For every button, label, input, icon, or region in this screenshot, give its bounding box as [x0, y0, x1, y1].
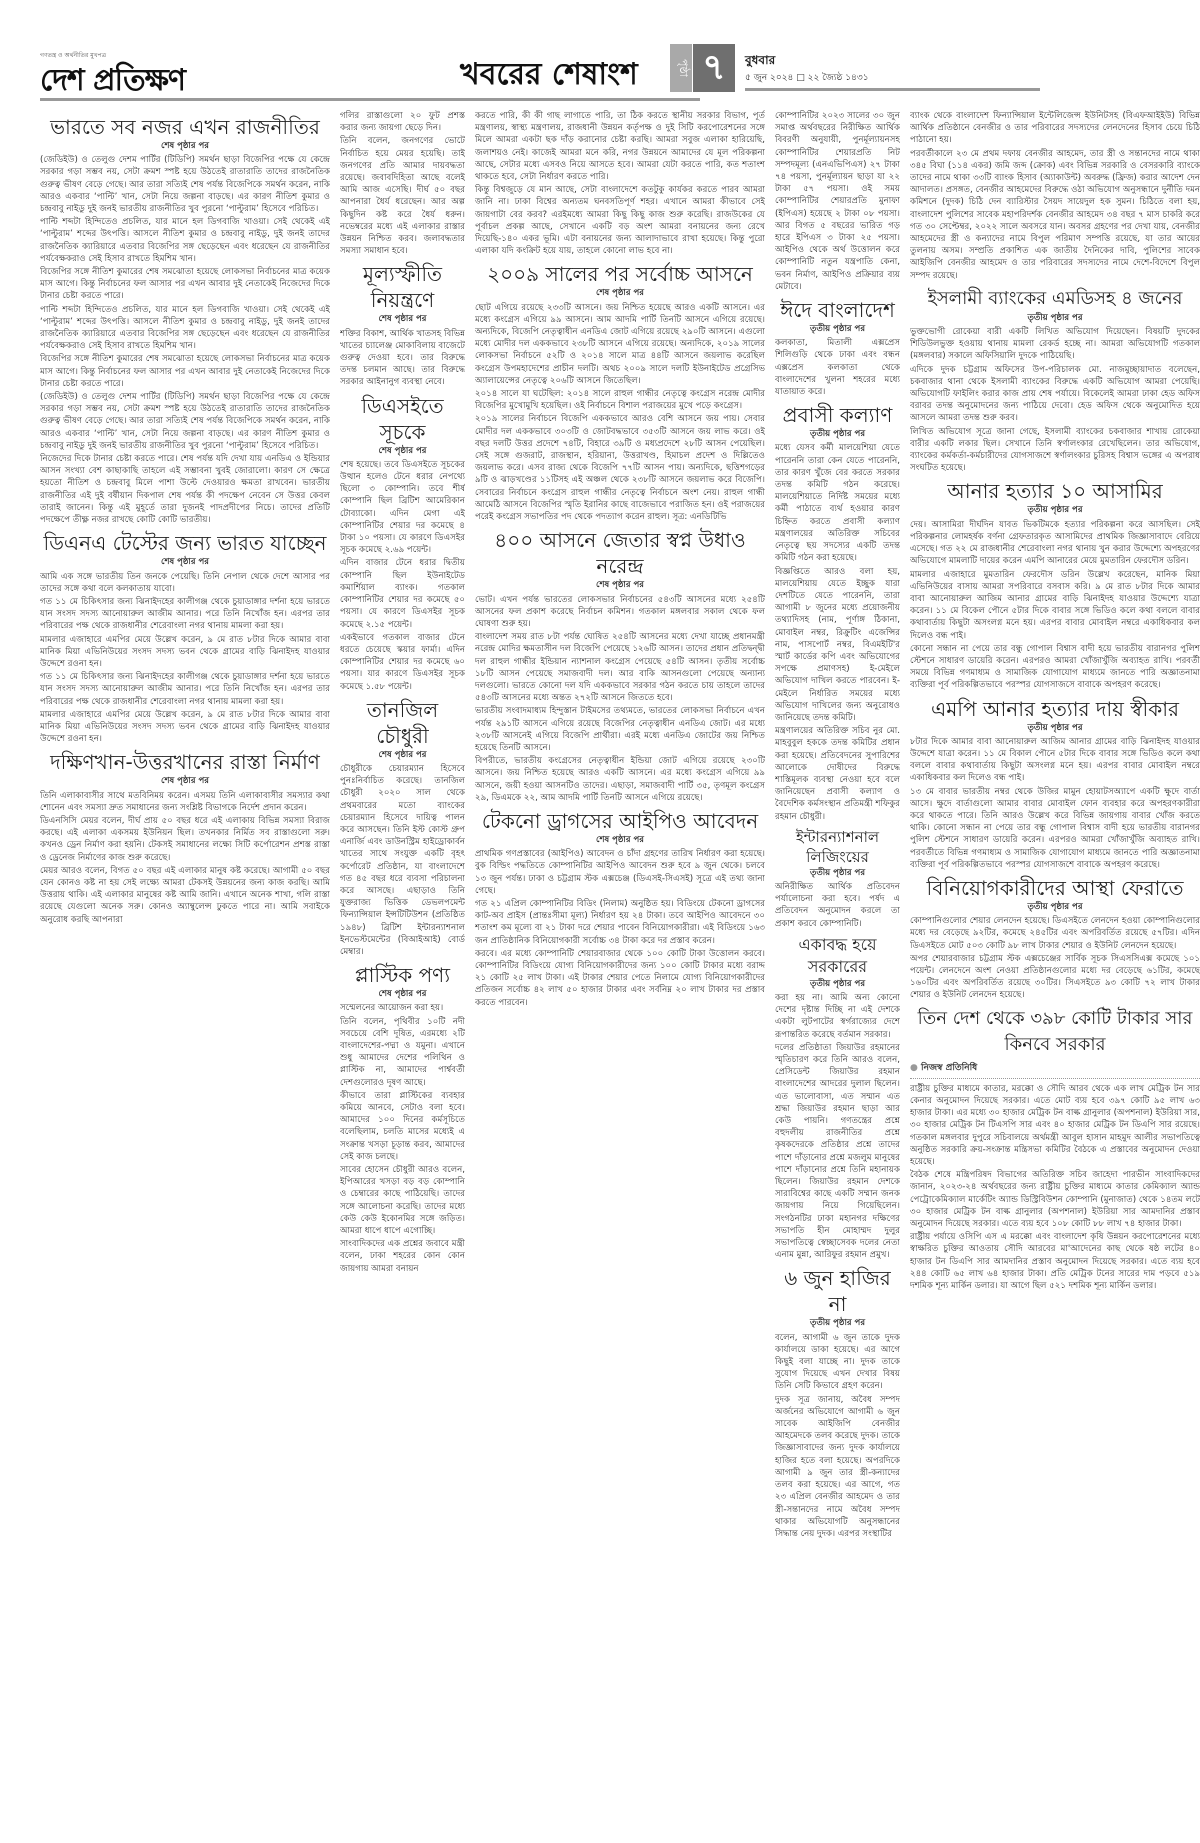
jump-label: শেষ পৃষ্ঠার পর: [475, 287, 765, 299]
jump-label: শেষ পৃষ্ঠার পর: [340, 749, 465, 761]
column-2: গলির রাস্তাগুলো ২০ ফুট প্রশস্ত করার জন্য…: [340, 110, 465, 1796]
paragraph: বাংলাদেশ সময় রাত ৮টা পর্যন্ত ঘোষিত ২৫৪ট…: [475, 631, 765, 704]
column-4: কোম্পানিটির ২০২৩ সালের ৩০ জুন সমাপ্ত অর্…: [775, 110, 900, 1796]
jump-label: শেষ পৃষ্ঠার পর: [475, 579, 765, 591]
paragraph: সাংবাদিকদের এক প্রশ্নের জবাবে মন্ত্রী বল…: [340, 1238, 465, 1275]
headline: একাবদ্ধ হয়ে সরকারের: [775, 934, 900, 978]
article-india-politics: ভারতে সব নজর এখন রাজনীতির শেষ পৃষ্ঠার পর…: [40, 114, 330, 526]
headline: ৬ জুন হাজির না: [775, 1265, 900, 1317]
paragraph: অনিরীক্ষিত আর্থিক প্রতিবেদন পর্যালোচনা ক…: [775, 881, 900, 930]
article-international-leasing: ইন্টারন্যাশনাল লিজিংয়ের তৃতীয় পৃষ্ঠার …: [775, 827, 900, 930]
paragraph: চৌধুরীকে চেয়ারম্যান হিসেবে পুনঃনির্বাচি…: [340, 763, 465, 958]
jump-label: শেষ পৃষ্ঠার পর: [40, 775, 330, 787]
article-mp-anar-confession: এমপি আনার হত্যার দায় স্বীকার তৃতীয় পৃষ…: [910, 696, 1200, 871]
paragraph: প্রাথমিক গণপ্রস্তাবের (আইপিও) আবেদন ও চা…: [475, 848, 765, 897]
paragraph: বিজেপির সঙ্গে নীতিশ কুমারের শেষ সমঝোতা হ…: [40, 266, 330, 303]
paragraph: শক্তির বিকাশ, আর্থিক খাতসহ বিভিন্ন খাতের…: [340, 328, 465, 389]
jump-label: শেষ পৃষ্ঠার পর: [475, 834, 765, 846]
headline: ২০০৯ সালের পর সর্বোচ্চ আসনে: [475, 261, 765, 287]
section-title: খবরের শেষাংশ: [460, 50, 638, 101]
paragraph: কোম্পানিগুলোর শেয়ার লেনদেন হয়েছে। ডিএস…: [910, 915, 1200, 952]
headline: দক্ষিণখান-উত্তরখানের রাস্তা নির্মাণ: [40, 749, 330, 775]
headline: তানজিল চৌধুরী: [340, 697, 465, 749]
headline: ইন্টারন্যাশনাল লিজিংয়ের: [775, 827, 900, 867]
paragraph: মামলার এজাহারে এমপির মেয়ে উল্লেখ করেন, …: [40, 709, 330, 746]
paragraph: মধ্যে যেসব কর্মী মালয়েশিয়া যেতে পারেনন…: [775, 442, 900, 564]
paragraph: তিনি বলেন, জনগণের ভোটে নির্বাচিত হয়ে মে…: [340, 135, 465, 257]
paragraph: পাল্টি শব্দটা হিন্দিতেও প্রচলিত, যার মান…: [40, 216, 330, 265]
paragraph: দেয়। আসামিরা দীর্ঘদিন যাবত ভিকটিমকে হত্…: [910, 519, 1200, 568]
paragraph: রাষ্ট্রীয় পর্যায়ে ওসিপি এস এ মরক্কো এব…: [910, 1231, 1200, 1292]
headline: ভারতে সব নজর এখন রাজনীতির: [40, 114, 330, 140]
paragraph: একইভাবে গতকাল বাজার টেনে ধরতে চেয়েছে স্…: [340, 632, 465, 693]
paragraph: পাল্টি শব্দটা হিন্দিতেও প্রচলিত, যার মান…: [40, 304, 330, 353]
paragraph: সাবের হোসেন চৌধুরী আরও বলেন, ইপিআরের খসড…: [340, 1164, 465, 1237]
newspaper-page: গণতন্ত্র ও অর্থনীতির মুখপত্র দেশ প্রতিক্…: [40, 36, 1040, 1796]
article-islami-bank-md: ইসলামী ব্যাংকের এমডিসহ ৪ জনের তৃতীয় পৃষ…: [910, 286, 1200, 475]
headline: ডিএনএ টেস্টের জন্য ভারত যাচ্ছেন: [40, 530, 330, 556]
column-left: ভারতে সব নজর এখন রাজনীতির শেষ পৃষ্ঠার পর…: [40, 110, 330, 1796]
paragraph: বিজ্ঞপ্তিতে আরও বলা হয়, মালয়েশিয়ায় য…: [775, 566, 900, 725]
paragraph: কোম্পানিটির ২০২৩ সালের ৩০ জুন সমাপ্ত অর্…: [775, 110, 900, 293]
headline: ৪০০ আসনে জেতার স্বপ্ন উধাও নরেন্দ্র: [475, 527, 765, 579]
headline: ডিএসইতে সূচকে: [340, 393, 465, 445]
date-rule: [745, 88, 1040, 91]
paragraph: ভোট। এখন পর্যন্ত ভারতের লোকসভার নির্বাচন…: [475, 594, 765, 631]
page-label: পৃষ্ঠা: [670, 44, 692, 92]
bullet-icon: ●: [910, 1063, 921, 1073]
article-dna-test: ডিএনএ টেস্টের জন্য ভারত যাচ্ছেন শেষ পৃষ্…: [40, 530, 330, 745]
paragraph: কোনো সন্ধান না পেয়ে তার বন্ধু গোপাল বিশ…: [910, 643, 1200, 692]
headline: মূল্যস্ফীতি নিয়ন্ত্রণে: [340, 261, 465, 313]
article-expatriate-welfare: প্রবাসী কল্যাণ তৃতীয় পৃষ্ঠার পর মধ্যে য…: [775, 402, 900, 823]
paragraph: নিজেদের দিকে টানার চেষ্টা করতে পারে। শেষ…: [40, 453, 330, 526]
headline: এমপি আনার হত্যার দায় স্বীকার: [910, 696, 1200, 722]
paragraph: কীভাবে তারা প্লাস্টিকের ব্যবহার কমিয়ে আ…: [340, 1090, 465, 1163]
paragraph: বিপরীতে, ভারতীয় কংগ্রেসের নেতৃত্বাধীন ই…: [475, 755, 765, 804]
paragraph: তিনি এলাকাবাসীর সাথে মতবিনিময় করেন। এসম…: [40, 790, 330, 814]
headline: প্লাস্টিক পণ্য: [340, 962, 465, 988]
paragraph: বিজেপির সঙ্গে নীতিশ কুমারের শেষ সমঝোতা হ…: [40, 353, 330, 390]
paragraph: গত ১১ মে চিকিৎসার জন্য ঝিনাইদহের কালীগঞ্…: [40, 671, 330, 708]
issue-date: ৫ জুন ২০২৪ □ ২২ জ্যৈষ্ঠ ১৪৩১: [745, 70, 869, 85]
jump-label: তৃতীয় পৃষ্ঠার পর: [775, 867, 900, 879]
paragraph: গত ১১ মে চিকিৎসার জন্য ঝিনাইদহের কালীগঞ্…: [40, 596, 330, 633]
paragraph: করতে পারি, কী কী গাছ লাগাতে পারি, তা ঠিক…: [475, 110, 765, 183]
paragraph: ব্যাংক থেকে বাংলাদেশ ফিন্যান্সিয়াল ইন্ট…: [910, 110, 1200, 147]
paragraph: করবে। এর মধ্যে কোম্পানিটি শেয়ারবাজার থে…: [475, 948, 765, 1009]
headline-line-2: কিনবে সরকার: [910, 1032, 1200, 1058]
article-techno-drugs-ipo: টেকনো ড্রাগসের আইপিও আবেদন শেষ পৃষ্ঠার প…: [475, 808, 765, 1009]
paragraph: কলকাতা, মিতালী এক্সপ্রেস শিলিগুড়ি থেকে …: [775, 337, 900, 398]
article-fertilizer-purchase: তিন দেশ থেকে ৩৯৮ কোটি টাকার সার কিনবে সর…: [910, 1006, 1200, 1293]
article-united-government: একাবদ্ধ হয়ে সরকারের তৃতীয় পৃষ্ঠার পর ক…: [775, 934, 900, 1262]
paragraph: শেষ হয়েছে। তবে ডিএসইতে সূচকের উত্থান হল…: [340, 459, 465, 557]
paragraph: দলের প্রতিষ্ঠাতা জিয়াউর রহমানের স্মৃতিচ…: [775, 1042, 900, 1262]
paragraph: মন্ত্রণালয়ের অতিরিক্ত সচিব নুর মো. মাহব…: [775, 725, 900, 823]
paragraph: এদিকে দুদক চট্টগ্রাম অফিসের উপ-পরিচালক ম…: [910, 364, 1200, 425]
jump-label: তৃতীয় পৃষ্ঠার পর: [910, 312, 1200, 324]
paragraph: মামলার এজাহারে এমপির মেয়ে উল্লেখ করেন, …: [40, 634, 330, 671]
article-dse-index: ডিএসইতে সূচকে শেষ পৃষ্ঠার পর শেষ হয়েছে।…: [340, 393, 465, 693]
paragraph: মেয়র আরও বলেন, বিগত ৫০ বছর এই এলাকার মা…: [40, 865, 330, 926]
article-tanjil-chowdhury: তানজিল চৌধুরী শেষ পৃষ্ঠার পর চৌধুরীকে চে…: [340, 697, 465, 958]
headline: টেকনো ড্রাগসের আইপিও আবেদন: [475, 808, 765, 834]
article-anar-10-accused: আনার হত্যার ১০ আসামির তৃতীয় পৃষ্ঠার পর …: [910, 478, 1200, 691]
jump-label: শেষ পৃষ্ঠার পর: [340, 988, 465, 1000]
headline: বিনিয়োগকারীদের আস্থা ফেরাতে: [910, 875, 1200, 901]
jump-label: শেষ পৃষ্ঠার পর: [340, 445, 465, 457]
headline: আনার হত্যার ১০ আসামির: [910, 478, 1200, 504]
paragraph: বৈঠক শেষে মন্ত্রিপরিষদ বিভাগের অতিরিক্ত …: [910, 1169, 1200, 1230]
article-eid-bangladesh: ঈদে বাংলাদেশ তৃতীয় পৃষ্ঠার পর কলকাতা, ম…: [775, 297, 900, 398]
headline: প্রবাসী কল্যাণ: [775, 402, 900, 428]
jump-label: তৃতীয় পৃষ্ঠার পর: [910, 504, 1200, 516]
jump-label: তৃতীয় পৃষ্ঠার পর: [910, 722, 1200, 734]
paragraph: করা হয় না। আমি অন্য কোনো দেশের দৃষ্টান্…: [775, 992, 900, 1041]
paragraph: কিন্তু বিশ্বজুড়ে যে মান আছে, সেটা বাংলা…: [475, 184, 765, 257]
article-road-construction: দক্ষিণখান-উত্তরখানের রাস্তা নির্মাণ শেষ …: [40, 749, 330, 925]
paragraph: তিনি বলেন, পৃথিবীর ১০টি নদী সবচেয়ে বেশি…: [340, 1016, 465, 1089]
paragraph: রাষ্ট্রীয় চুক্তির মাধ্যমে কাতার, মরক্কো…: [910, 1083, 1200, 1168]
paragraph: আমি এক সঙ্গে ভারতীয় তিন জনকে পেয়েছি। ত…: [40, 571, 330, 595]
jump-label: শেষ পৃষ্ঠার পর: [40, 140, 330, 152]
paragraph: (জেডিইউ) ও তেলুগু দেশম পার্টির (টিডিপি) …: [40, 391, 330, 452]
paragraph: ডিএনসিসি মেয়র বলেন, দীর্ঘ প্রায় ৫০ বছর…: [40, 815, 330, 864]
paragraph: ৮টার দিকে আমার বাবা আনোয়ারুল আজিম আনার …: [910, 736, 1200, 785]
page-number: ৭: [693, 44, 735, 92]
paragraph: (জেডিইউ) ও তেলুগু দেশম পার্টির (টিডিপি) …: [40, 154, 330, 215]
headline-line-1: তিন দেশ থেকে ৩৯৮ কোটি টাকার সার: [910, 1006, 1200, 1032]
paragraph: ভারতীয় সংবাদমাধ্যম হিন্দুস্তান টাইমসের …: [475, 705, 765, 754]
jump-label: তৃতীয় পৃষ্ঠার পর: [910, 901, 1200, 913]
jump-label: তৃতীয় পৃষ্ঠার পর: [775, 323, 900, 335]
column-3: করতে পারি, কী কী গাছ লাগাতে পারি, তা ঠিক…: [475, 110, 765, 1796]
paragraph: মামলার এজাহারে মুমতারিন ফেরদৌস ডরিন উল্ল…: [910, 569, 1200, 642]
jump-label: শেষ পৃষ্ঠার পর: [340, 313, 465, 325]
column-right: ব্যাংক থেকে বাংলাদেশ ফিন্যান্সিয়াল ইন্ট…: [910, 110, 1200, 1796]
article-2009-seats: ২০০৯ সালের পর সর্বোচ্চ আসনে শেষ পৃষ্ঠার …: [475, 261, 765, 523]
article-400-seats: ৪০০ আসনে জেতার স্বপ্ন উধাও নরেন্দ্র শেষ …: [475, 527, 765, 804]
headline: ইসলামী ব্যাংকের এমডিসহ ৪ জনের: [910, 286, 1200, 312]
paragraph: ২০১৯ সালের নির্বাচনে বিজেপি এককভাবে আরও …: [475, 413, 765, 523]
paragraph: ১৩ মে বাবার ভারতীয় নম্বর থেকে উজির মামু…: [910, 786, 1200, 871]
article-plastic-products: প্লাস্টিক পণ্য শেষ পৃষ্ঠার পর সম্মেলনের …: [340, 962, 465, 1275]
article-investor-confidence: বিনিয়োগকারীদের আস্থা ফেরাতে তৃতীয় পৃষ্…: [910, 875, 1200, 1002]
jump-label: তৃতীয় পৃষ্ঠার পর: [775, 978, 900, 990]
paragraph: ছোট এগিয়ে রয়েছে ২৩৩টি আসনে। জয় নিশ্চি…: [475, 302, 765, 387]
jump-label: তৃতীয় পৃষ্ঠার পর: [775, 1317, 900, 1329]
jump-label: তৃতীয় পৃষ্ঠার পর: [775, 428, 900, 440]
paragraph: গত ২১ এপ্রিল কোম্পানিটির বিডিং (নিলাম) অ…: [475, 898, 765, 947]
article-june-6-appear: ৬ জুন হাজির না তৃতীয় পৃষ্ঠার পর বলেন, আ…: [775, 1265, 900, 1540]
paragraph: বলেন, আগামী ৬ জুন তাকে দুদক কার্যালয়ে ড…: [775, 1332, 900, 1393]
byline: ● নিজস্ব প্রতিনিধি: [910, 1062, 1200, 1079]
paragraph: অপর শেয়ারবাজার চট্টগ্রাম স্টক এক্সচেঞ্জ…: [910, 953, 1200, 1002]
paragraph: ভুক্তভোগী রোকেয়া বারী একটি লিখিত অভিযোগ…: [910, 326, 1200, 363]
masthead-rule: [40, 98, 700, 101]
paragraph: ২০১৪ সালে যা ঘটেছিল: ২০১৪ সালে রাহুল গান…: [475, 388, 765, 412]
headline: ঈদে বাংলাদেশ: [775, 297, 900, 323]
issue-day: বুধবার: [745, 52, 775, 72]
paragraph: লিখিত অভিযোগ সূত্রে জানা গেছে, ইসলামী ব্…: [910, 426, 1200, 475]
paragraph: দুদক সূত্র জানায়, অবৈধ সম্পদ অর্জনের অভ…: [775, 1394, 900, 1540]
byline-text: নিজস্ব প্রতিনিধি: [921, 1063, 977, 1073]
masthead: গণতন্ত্র ও অর্থনীতির মুখপত্র দেশ প্রতিক্…: [40, 36, 1040, 96]
paragraph: এদিন বাজার টেনে ধরার দ্বিতীয় কোম্পানি ছ…: [340, 557, 465, 630]
jump-label: শেষ পৃষ্ঠার পর: [40, 556, 330, 568]
paragraph: পরবর্তীকালে ২৩ মে প্রথম দফায় বেনজীর আহম…: [910, 148, 1200, 282]
paragraph: গলির রাস্তাগুলো ২০ ফুট প্রশস্ত করার জন্য…: [340, 110, 465, 134]
paragraph: সম্মেলনের আয়োজন করা হয়।: [340, 1002, 465, 1014]
article-inflation: মূল্যস্ফীতি নিয়ন্ত্রণে শেষ পৃষ্ঠার পর শ…: [340, 261, 465, 388]
